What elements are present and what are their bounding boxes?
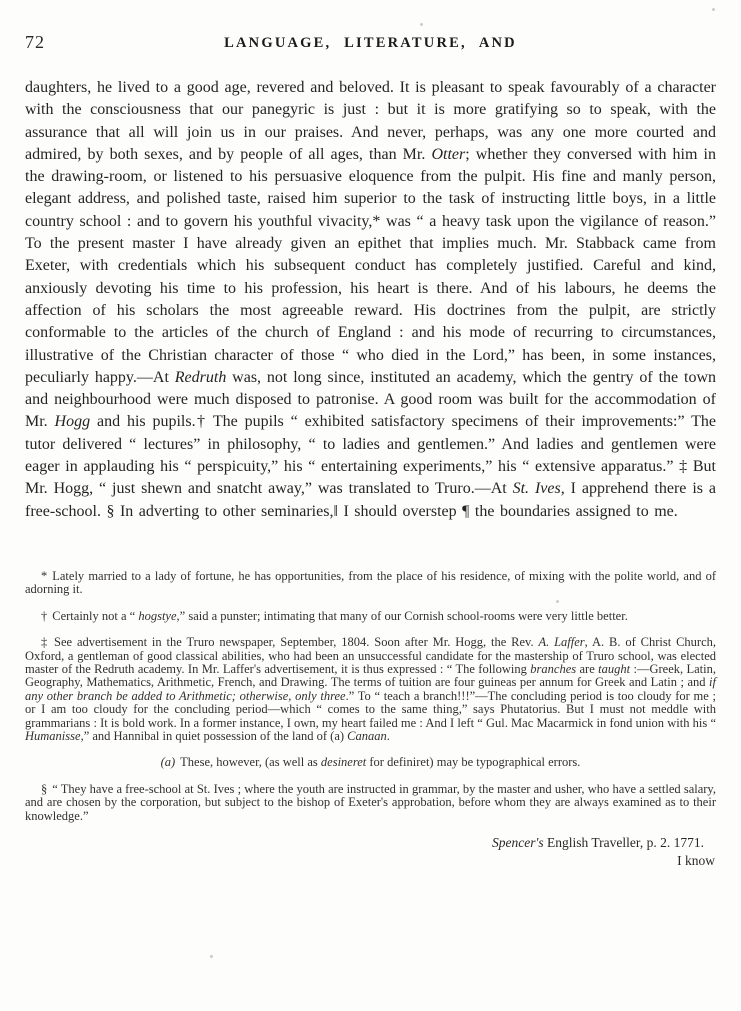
footnote-section-mark: §“ They have a free-school at St. Ives ;… <box>25 783 716 823</box>
footnote-double-dagger-marker: ‡ <box>41 635 54 649</box>
scan-speck <box>210 955 213 958</box>
footnote-asterisk: *Lately married to a lady of fortune, he… <box>25 570 716 597</box>
footnote-a: (a)These, however, (as well as desineret… <box>25 756 716 769</box>
scan-speck <box>712 8 715 11</box>
scan-speck <box>420 23 423 26</box>
catchword: I know <box>0 853 715 869</box>
scan-speck <box>556 600 559 603</box>
footnote-asterisk-marker: * <box>41 569 52 583</box>
main-paragraph: daughters, he lived to a good age, rever… <box>25 77 716 523</box>
footnote-section-mark-marker: § <box>41 782 52 796</box>
footnotes-section: *Lately married to a lady of fortune, he… <box>25 570 716 850</box>
footnote-dagger-text: Certainly not a “ hogstye,” said a punst… <box>52 609 628 623</box>
footnote-a-marker: (a) <box>161 755 181 769</box>
book-page: 72 LANGUAGE, LITERATURE, AND daughters, … <box>0 0 741 1011</box>
running-header-title: LANGUAGE, LITERATURE, AND <box>0 35 741 52</box>
footnote-double-dagger-text: See advertisement in the Truro newspaper… <box>25 635 716 743</box>
footnote-double-dagger: ‡See advertisement in the Truro newspape… <box>25 636 716 743</box>
footnote-a-text: These, however, (as well as desineret fo… <box>180 755 580 769</box>
footnote-section-mark-text: “ They have a free-school at St. Ives ; … <box>25 782 716 823</box>
page-header: 72 LANGUAGE, LITERATURE, AND <box>0 0 741 58</box>
footnote-asterisk-text: Lately married to a lady of fortune, he … <box>25 569 716 596</box>
footnote-dagger: †Certainly not a “ hogstye,” said a puns… <box>25 610 716 623</box>
source-attribution: Spencer's English Traveller, p. 2. 1771. <box>25 836 704 849</box>
footnote-dagger-marker: † <box>41 609 52 623</box>
